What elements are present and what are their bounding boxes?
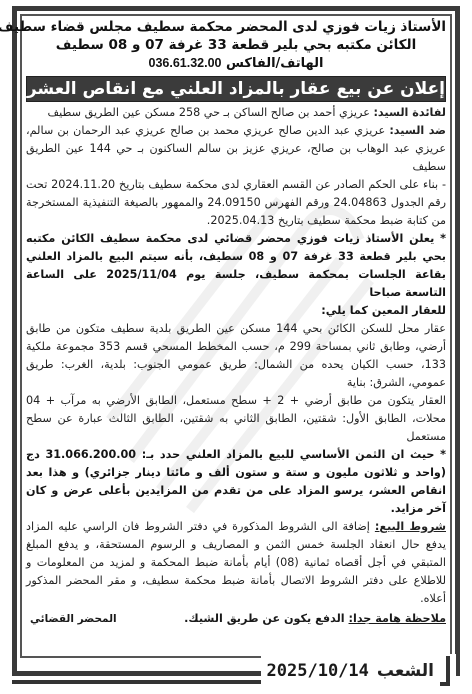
publication-footer: الشعب 2025/10/14: [261, 654, 456, 688]
judgment-paragraph: - بناء على الحكم الصادر عن القسم العقاري…: [26, 176, 446, 230]
publication-date: 2025/10/14: [267, 661, 369, 681]
footer-bracket: [440, 656, 450, 686]
notice-title: إعلان عن بيع عقار بالمزاد العلني مع انقا…: [26, 76, 446, 102]
beneficiary-paragraph: لفائدة السيد: عريزي أحمد بن صالح الساكن …: [26, 104, 446, 122]
against-label: ضد السيد:: [389, 124, 446, 137]
price-paragraph: * حيث ان الثمن الأساسي للبيع بالمزاد الع…: [26, 446, 446, 518]
phone-fax-number: 036.61.32.00: [149, 56, 222, 70]
beneficiary-label: لفائدة السيد:: [373, 106, 446, 119]
important-note: ملاحظة هامة جدا: الدفع يكون عن طريق الشي…: [184, 610, 446, 628]
bailiff-address-line: الكائن مكتبه بحي بلير قطعة 33 غرفة 07 و …: [26, 36, 446, 54]
note-signature-row: ملاحظة هامة جدا: الدفع يكون عن طريق الشي…: [26, 610, 446, 628]
structure-description: العقار يتكون من طابق أرضي + 2 + سطح مستع…: [26, 392, 446, 446]
property-description: عقار محل للسكن الكائن بحي 144 مسكن عين ا…: [26, 320, 446, 392]
publication-name: الشعب: [377, 661, 434, 681]
footer-rule: [12, 680, 282, 684]
announcement-paragraph: * يعلن الأستاذ زيات فوزي محضر قضائي لدى …: [26, 230, 446, 302]
note-text: الدفع يكون عن طريق الشيك.: [184, 612, 344, 625]
phone-fax-label: الهاتف/الفاكس: [226, 56, 323, 71]
note-label: ملاحظة هامة جدا:: [349, 612, 446, 625]
bailiff-name-line: الأستاذ زيات فوزي لدى المحضر محكمة سطيف …: [26, 18, 446, 36]
notice-content: الأستاذ زيات فوزي لدى المحضر محكمة سطيف …: [26, 18, 446, 628]
against-paragraph: ضد السيد: عريزي عبد الدين صالح عريزي محم…: [26, 122, 446, 176]
beneficiary-text: عريزي أحمد بن صالح الساكن بـ حي 258 مسكن…: [48, 106, 370, 119]
phone-fax-line: الهاتف/الفاكس 036.61.32.00: [26, 54, 446, 73]
property-label: للعقار المعين كما يلي:: [26, 302, 446, 320]
against-text: عريزي عبد الدين صالح عريزي محمد بن صالح …: [26, 124, 446, 173]
signature: المحضر القضائي: [26, 610, 117, 628]
terms-label: شروط البيع:: [375, 520, 446, 533]
terms-paragraph: شروط البيع: إضافة الى الشروط المذكورة في…: [26, 518, 446, 608]
